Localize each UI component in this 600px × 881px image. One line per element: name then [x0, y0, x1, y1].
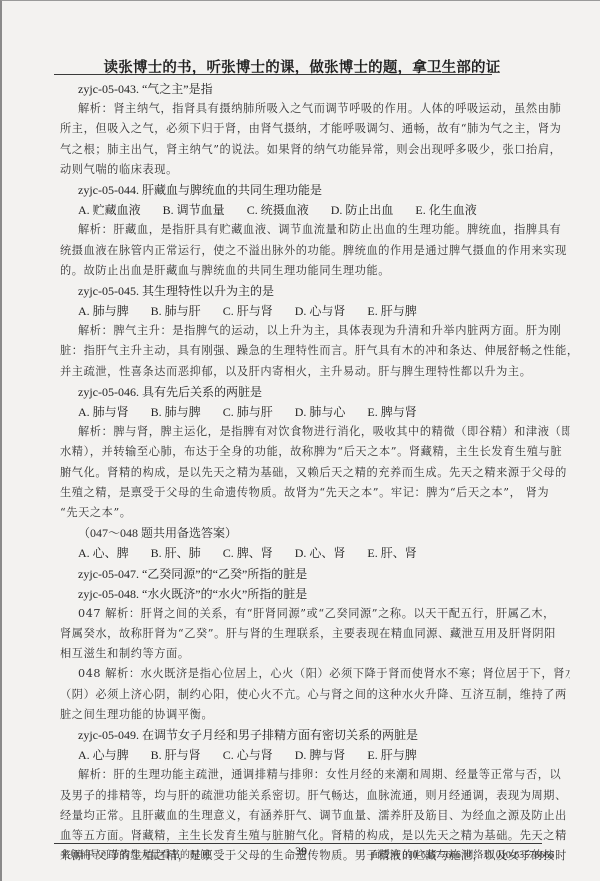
answer-option: E. 肝、肾	[367, 543, 416, 563]
answer-option: E. 脾与肾	[367, 402, 416, 422]
explanation-line: “先天之本”。	[60, 503, 570, 523]
answer-options: A. 肺与脾B. 肺与肝C. 肝与肾D. 心与肾E. 肝与脾	[60, 301, 570, 321]
question-stem: zyjc-05-045. 其生理特性以升为主的是	[60, 281, 570, 301]
answer-option: C. 肝与肾	[223, 301, 273, 321]
answer-option: E. 肝与脾	[367, 301, 416, 321]
question-stem: zyjc-05-043. “气之主”是指	[60, 79, 570, 99]
explanation-line: 脏之间生理功能的协调平衡。	[60, 705, 570, 725]
explanation-line: 的。故防止出血是肝藏血与脾统血的共同生理功能同生理功能。	[60, 261, 570, 281]
explanation-line: 并主疏泄，性喜条达而恶抑郁，以及肝内寄相火，主升易动。肝与脾生理特性都以升为主。	[60, 362, 570, 382]
answer-option: B. 肺与肝	[151, 301, 201, 321]
explanation-line: 解析：肝藏血，是指肝具有贮藏血液、调节血流量和防止出血的生理功能。脾统血，指脾具…	[60, 220, 570, 240]
answer-option: A. 心与脾	[78, 745, 129, 765]
page-number: 39	[295, 844, 307, 859]
explanation-line: 解析：肾主纳气，指肾具有摄纳肺所吸入之气而调节呼吸的作用。人体的呼吸运动，虽然由…	[60, 99, 570, 119]
answer-option: E. 化生血液	[415, 200, 476, 220]
question-stem: zyjc-05-046. 具有先后关系的两脏是	[60, 382, 570, 402]
answer-option: C. 心与肾	[223, 745, 273, 765]
explanation-line: 气之根；肺主出气，肾主纳气”的说法。如果肾的纳气功能异常，则会出现呼多吸少，张口…	[60, 140, 570, 160]
explanation-line: 所主，但吸入之气，必须下归于肾，由肾气摄纳，才能呼吸调匀、通畅，故有“肺为气之主…	[60, 119, 570, 139]
answer-option: D. 心、肾	[295, 543, 346, 563]
footer-contact: 面授班 010-63577666 网络班 010-63578666	[370, 846, 554, 861]
explanation-line: 相互滋生和制约等方面。	[60, 644, 570, 664]
explanation-line: 统摄血液在脉管内正常运行，使之不溢出脉外的功能。脾统血的作用是通过脾气摄血的作用…	[60, 241, 570, 261]
answer-option: A. 肺与肾	[78, 402, 129, 422]
footer-slogan: 名师辅导可节省您大量看书的时间	[60, 846, 210, 861]
answer-option: D. 防止出血	[331, 200, 394, 220]
answer-option: C. 统摄血液	[247, 200, 309, 220]
answer-options: A. 心、脾B. 肝、肺C. 脾、肾D. 心、肾E. 肝、肾	[60, 543, 570, 563]
answer-options: A. 肺与肾B. 肺与脾C. 肺与肝D. 肺与心E. 脾与肾	[60, 402, 570, 422]
explanation-line: 生殖之精，是禀受于父母的生命遗传物质。故肾为“先天之本”。牢记：脾为“后天之本”…	[60, 483, 570, 503]
explanation-line: 肾属癸水，故称肝肾为“乙癸”。肝与肾的生理联系，主要表现在精血同源、藏泄互用及肝…	[60, 624, 570, 644]
explanation-line: 脏：指肝气主升主动，具有刚强、躁急的生理特性而言。肝气具有木的冲和条达、伸展舒畅…	[60, 341, 570, 361]
explanation-line: 动则气喘的临床表现。	[60, 160, 570, 180]
answer-option: A. 贮藏血液	[78, 200, 141, 220]
explanation-line: 水精），并转输至心肺，布达于全身的功能，故称脾为“后天之本”。肾藏精，主生长发育…	[60, 442, 570, 462]
explanation-line: （阴）必须上济心阴，制约心阳，使心火不亢。心与肾之间的这种水火升降、互济互制，维…	[60, 685, 570, 705]
answer-option: D. 心与肾	[295, 301, 346, 321]
answer-option: B. 肝、肺	[151, 543, 201, 563]
page-content: zyjc-05-043. “气之主”是指解析：肾主纳气，指肾具有摄纳肺所吸入之气…	[60, 79, 570, 866]
header-divider	[54, 74, 492, 75]
answer-option: C. 肺与肝	[223, 402, 273, 422]
answer-options: A. 心与脾B. 肝与肾C. 心与肾D. 脾与肾E. 肝与脾	[60, 745, 570, 765]
answer-option: B. 肝与肾	[151, 745, 201, 765]
explanation-line: 解析：脾气主升：是指脾气的运动，以上升为主，具体表现为升清和升举内脏两方面。肝为…	[60, 321, 570, 341]
question-stem: zyjc-05-049. 在调节女子月经和男子排精方面有密切关系的两脏是	[60, 725, 570, 745]
answer-option: D. 肺与心	[295, 402, 346, 422]
answer-option: A. 心、脾	[78, 543, 129, 563]
explanation-line: 经量均正常。且肝藏血的生理意义，有涵养肝气、调节血量、濡养肝及筋目、为经血之源及…	[60, 806, 570, 826]
document-page: 读张博士的书，听张博士的课，做张博士的题，拿卫生部的证 zyjc-05-043.…	[0, 0, 600, 881]
explanation-line: 047 解析：肝肾之间的关系，有“肝肾同源”或“乙癸同源”之称。以天干配五行，肝…	[60, 604, 570, 624]
explanation-line: 048 解析：水火既济是指心位居上，心火（阳）必须下降于肾而使肾水不寒；肾位居于…	[60, 664, 570, 684]
answer-option: A. 肺与脾	[78, 301, 129, 321]
explanation-line: 解析：脾与肾，脾主运化，是指脾有对饮食物进行消化，吸收其中的精微（即谷精）和津液…	[60, 422, 570, 442]
answer-option: C. 脾、肾	[223, 543, 273, 563]
explanation-line: 腑气化。肾精的构成，是以先天之精为基础，又赖后天之精的充养而生成。先天之精来源于…	[60, 463, 570, 483]
explanation-line: 及男子的排精等，均与肝的疏泄功能关系密切。肝气畅达，血脉流通，则月经通调，表现为…	[60, 786, 570, 806]
answer-option: B. 调节血量	[163, 200, 225, 220]
explanation-line: 解析：肝的生理功能主疏泄，通调排精与排卵：女性月经的来潮和周期、经量等正常与否，…	[60, 765, 570, 785]
question-stem: zyjc-05-047. “乙癸同源”的“乙癸”所指的脏是	[60, 564, 570, 584]
answer-options: A. 贮藏血液B. 调节血量C. 统摄血液D. 防止出血E. 化生血液	[60, 200, 570, 220]
answer-option: B. 肺与脾	[151, 402, 201, 422]
answer-option: E. 肝与脾	[367, 745, 416, 765]
question-stem: zyjc-05-048. “水火既济”的“水火”所指的脏是	[60, 584, 570, 604]
question-stem: zyjc-05-044. 肝藏血与脾统血的共同生理功能是	[60, 180, 570, 200]
answer-option: D. 脾与肾	[295, 745, 346, 765]
shared-options-note: （047～048 题共用备选答案）	[60, 523, 570, 543]
